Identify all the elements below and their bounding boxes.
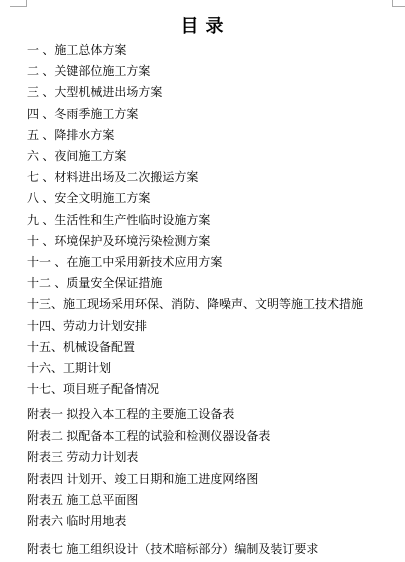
toc-item: 三 、大型机械进出场方案: [27, 82, 405, 103]
toc-item: 七 、材料进出场及二次搬运方案: [27, 167, 405, 188]
text-boundary-mark-top-left: [10, 0, 27, 7]
appendix-item: 附表七 施工组织设计（技术暗标部分）编制及装订要求: [27, 539, 405, 560]
toc-item: 八 、安全文明施工方案: [27, 188, 405, 209]
appendix-item: 附表四 计划开、竣工日期和施工进度网络图: [27, 469, 405, 490]
appendix-item: 附表六 临时用地表: [27, 511, 405, 532]
toc-item: 十一 、在施工中采用新技术应用方案: [27, 252, 405, 273]
toc-item: 十 、环境保护及环境污染检测方案: [27, 231, 405, 252]
toc-item: 九 、生活性和生产性临时设施方案: [27, 210, 405, 231]
toc-item: 四 、冬雨季施工方案: [27, 104, 405, 125]
page-title: 目 录: [0, 14, 405, 38]
toc-item: 十五、机械设备配置: [27, 337, 405, 358]
toc-item: 十六、工期计划: [27, 358, 405, 379]
table-of-contents: 一 、施工总体方案 二 、关键部位施工方案 三 、大型机械进出场方案 四 、冬雨…: [0, 40, 405, 560]
toc-item: 六 、夜间施工方案: [27, 146, 405, 167]
appendix-item: 附表三 劳动力计划表: [27, 447, 405, 468]
toc-item: 十三、施工现场采用环保、消防、降噪声、文明等施工技术措施: [27, 294, 405, 315]
toc-item: 一 、施工总体方案: [27, 40, 405, 61]
toc-item: 十七、项目班子配备情况: [27, 379, 405, 400]
appendix-item: 附表二 拟配备本工程的试验和检测仪器设备表: [27, 426, 405, 447]
toc-item: 十二 、质量安全保证措施: [27, 273, 405, 294]
appendix-item: 附表一 拟投入本工程的主要施工设备表: [27, 404, 405, 425]
appendix-item: 附表五 施工总平面图: [27, 490, 405, 511]
toc-item: 二 、关键部位施工方案: [27, 61, 405, 82]
toc-item: 五 、降排水方案: [27, 125, 405, 146]
text-boundary-mark-top-right: [392, 0, 405, 7]
toc-item: 十四、劳动力计划安排: [27, 316, 405, 337]
document-page: 目 录 一 、施工总体方案 二 、关键部位施工方案 三 、大型机械进出场方案 四…: [0, 0, 405, 562]
